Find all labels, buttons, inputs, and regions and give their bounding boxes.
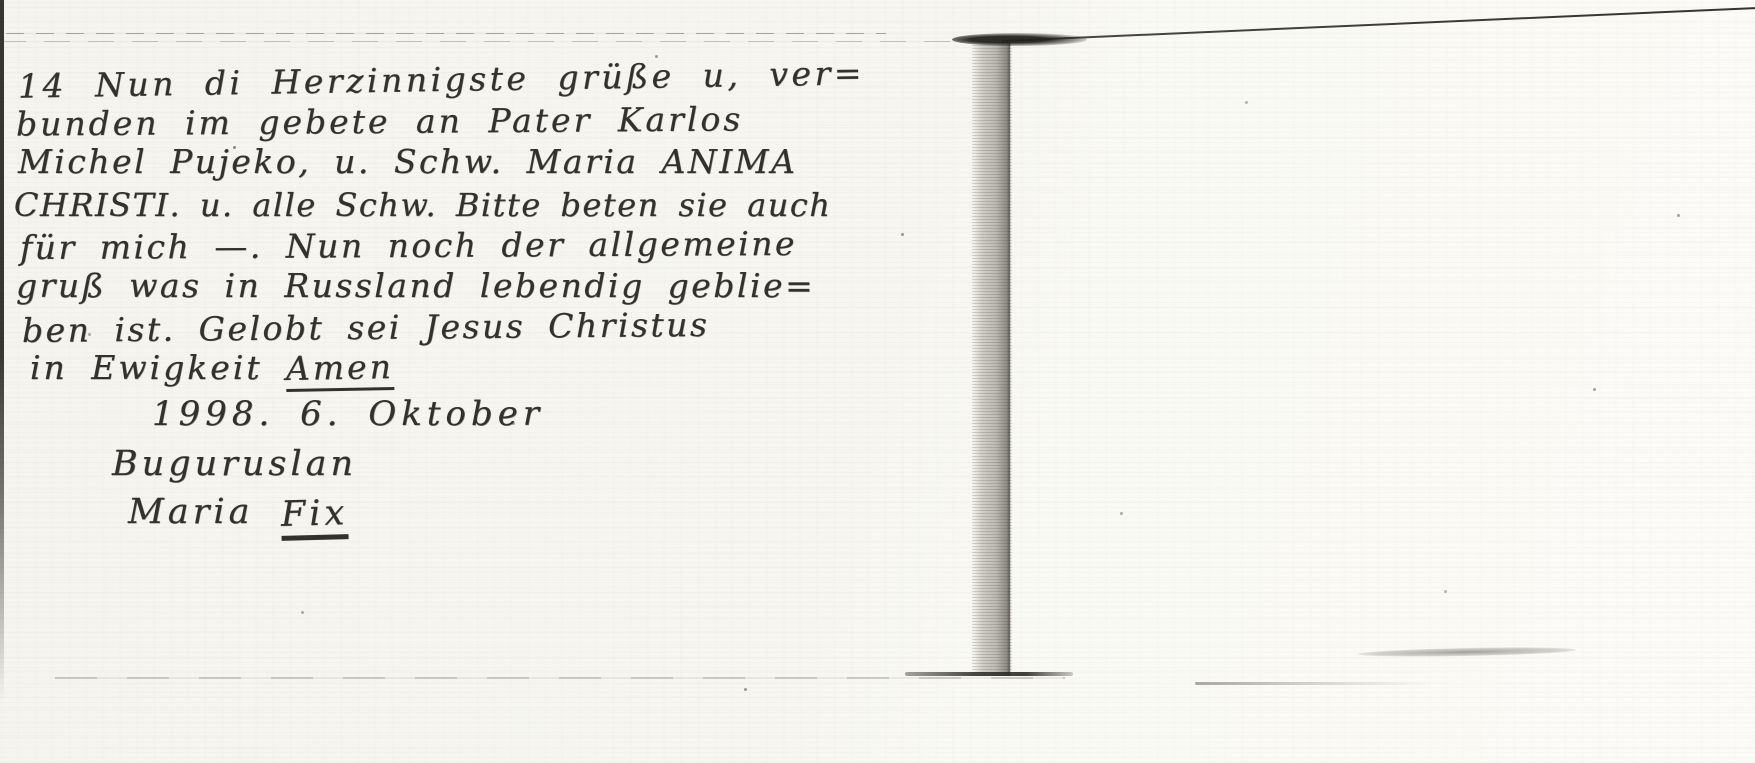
handwritten-text: Maria xyxy=(128,492,281,532)
handwritten-text-underlined: Amen xyxy=(286,347,395,392)
top-edge-line-2 xyxy=(0,41,1000,42)
handwritten-signature: Maria Fix xyxy=(128,492,348,538)
top-edge-line xyxy=(6,33,886,34)
handwritten-text: ben ist. Gelobt sei Jesus Christus xyxy=(22,305,710,350)
handwritten-text: gruß was in Russland lebendig geblie= xyxy=(16,266,815,305)
handwritten-place: Buguruslan xyxy=(112,444,357,484)
handwritten-line: ben ist. Gelobt sei Jesus Christus xyxy=(22,305,710,350)
handwritten-line: gruß was in Russland lebendig geblie= xyxy=(16,266,815,305)
handwritten-line: für mich —. Nun noch der allgemeine xyxy=(20,224,797,267)
fold-crease xyxy=(972,42,1012,676)
handwritten-line: CHRISTI. u. alle Schw. Bitte beten sie a… xyxy=(14,186,831,224)
handwritten-text: Buguruslan xyxy=(112,444,357,484)
handwritten-line: 14 Nun di Herzinnigste grüße u, ver= xyxy=(18,53,866,105)
handwritten-text: bunden im gebete an Pater Karlos xyxy=(16,99,744,143)
handwritten-text-underlined: Fix xyxy=(280,493,348,541)
paper-edge-diagonal xyxy=(1002,7,1755,42)
fold-bottom-edge xyxy=(905,672,1073,676)
handwritten-date: 1998. 6. Oktober xyxy=(152,394,544,434)
fold-top-smudge xyxy=(952,33,1087,46)
bottom-right-smudge xyxy=(1358,646,1576,658)
left-paper-edge xyxy=(0,0,4,700)
bottom-edge-line xyxy=(55,677,1065,679)
bottom-right-streak xyxy=(1195,682,1430,685)
handwritten-line: in Ewigkeit Amen xyxy=(30,348,394,391)
handwritten-text: 1998. 6. Oktober xyxy=(152,394,544,434)
handwritten-line: Michel Pujeko, u. Schw. Maria ANIMA xyxy=(18,142,797,181)
handwritten-text: 14 Nun di Herzinnigste grüße u, ver= xyxy=(18,53,866,105)
handwritten-text: in Ewigkeit xyxy=(30,348,286,387)
letter-scan: 14 Nun di Herzinnigste grüße u, ver= bun… xyxy=(0,0,1755,763)
handwritten-text: CHRISTI. u. alle Schw. Bitte beten sie a… xyxy=(14,186,831,224)
handwritten-text: für mich —. Nun noch der allgemeine xyxy=(20,224,797,267)
handwritten-text: Michel Pujeko, u. Schw. Maria ANIMA xyxy=(18,142,797,181)
handwritten-line: bunden im gebete an Pater Karlos xyxy=(16,99,744,143)
